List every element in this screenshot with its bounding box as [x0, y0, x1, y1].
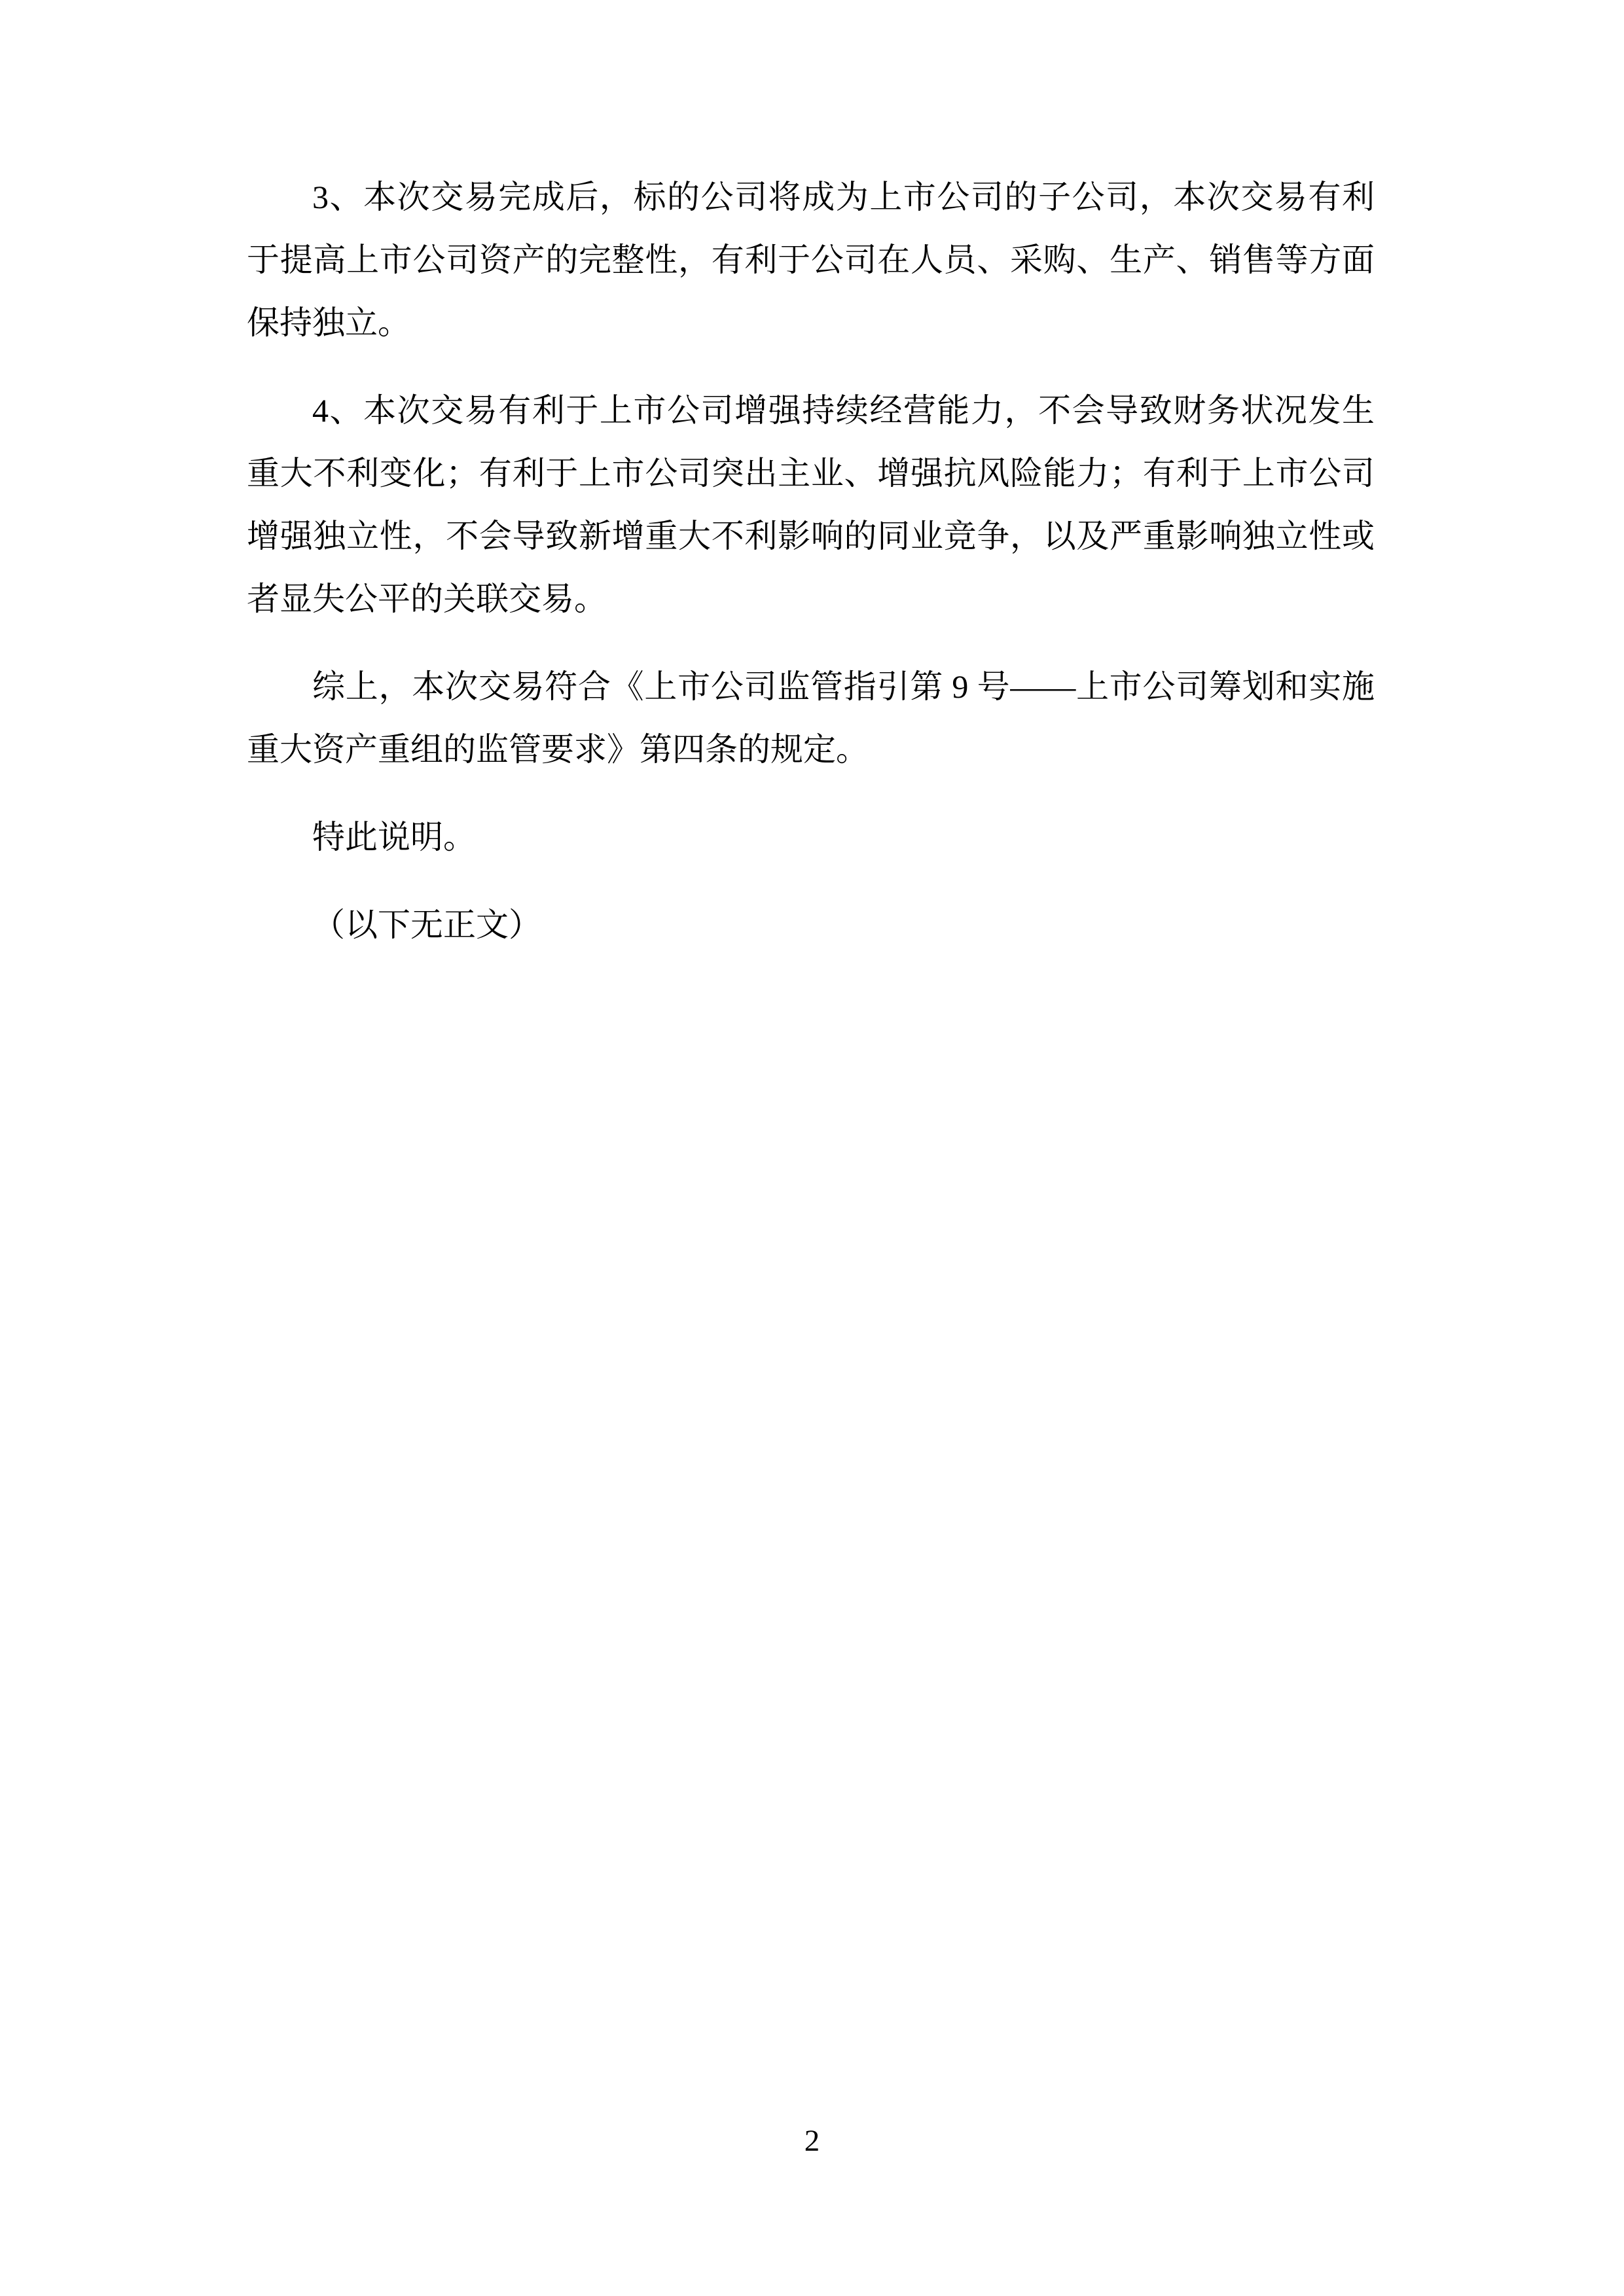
paragraph-no-body-text-note: （以下无正文）: [247, 893, 1375, 956]
document-body: 3、本次交易完成后，标的公司将成为上市公司的子公司，本次交易有利于提高上市公司资…: [247, 166, 1375, 981]
page-footer: 2: [0, 2122, 1624, 2160]
paragraph-point-3: 3、本次交易完成后，标的公司将成为上市公司的子公司，本次交易有利于提高上市公司资…: [247, 166, 1375, 354]
document-page: 3、本次交易完成后，标的公司将成为上市公司的子公司，本次交易有利于提高上市公司资…: [0, 0, 1624, 2296]
paragraph-statement: 特此说明。: [247, 806, 1375, 869]
paragraph-point-4: 4、本次交易有利于上市公司增强持续经营能力，不会导致财务状况发生重大不利变化；有…: [247, 379, 1375, 630]
page-number: 2: [804, 2124, 820, 2158]
paragraph-conclusion: 综上，本次交易符合《上市公司监管指引第 9 号——上市公司筹划和实施重大资产重组…: [247, 655, 1375, 781]
